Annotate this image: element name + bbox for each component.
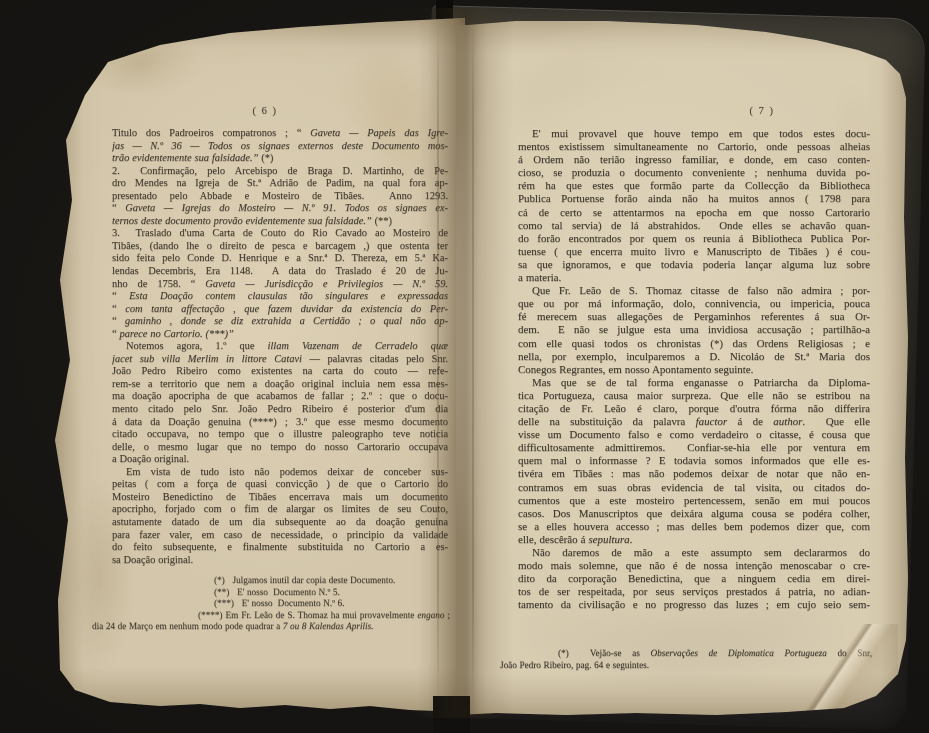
text-line: sido feita pelo Conde D. Henrique e a Sn… bbox=[112, 253, 448, 266]
text-line: jacet sub villa Merlim in littore Catavi… bbox=[112, 354, 448, 367]
roman-text: mentos existissem simultaneamente no Car… bbox=[518, 141, 870, 153]
roman-text: tuense ( que encerra muito livro e Manus… bbox=[518, 246, 870, 258]
roman-text: Conegos Regrantes, em nosso Apontamento … bbox=[518, 364, 753, 376]
text-line: com elle quasi todos os chronistas (*) d… bbox=[518, 338, 870, 351]
text-line: dia 24 de Março em nenhum modo pode quad… bbox=[92, 621, 450, 633]
text-line: E' mui provavel que houve tempo em que t… bbox=[518, 128, 870, 141]
text-line: mento citado pelo Snr. João Pedro Ribeir… bbox=[112, 404, 448, 417]
text-line: casos. Dos Manuscriptos que deixára algu… bbox=[518, 508, 870, 521]
text-line: cá de certo se attentarmos na epocha em … bbox=[518, 207, 870, 220]
roman-text: Notemos agora, 1.º que bbox=[126, 341, 268, 352]
text-line: “ gaminho , donde se diz extrahida a Cer… bbox=[112, 316, 448, 329]
text-line: a materia. bbox=[518, 272, 870, 285]
roman-text: sa que ignoramos, e que todavia poderia … bbox=[518, 259, 870, 271]
text-line: rem-se a territorio que nem a doação ori… bbox=[112, 379, 448, 392]
roman-text: delle, o mesmo lugar que no tempo do nos… bbox=[112, 442, 448, 453]
text-line: para fazer valer, em caso de necessidade… bbox=[112, 530, 448, 543]
text-line: “ parece no Cartorio. (***)” bbox=[112, 329, 448, 342]
roman-text: rém ha que estes que formão parte da Col… bbox=[518, 180, 870, 192]
roman-text: Mas que se de tal forma enganasse o Patr… bbox=[532, 377, 870, 389]
italic-text: Esta Doação contem clausulas tão singula… bbox=[129, 291, 448, 302]
text-line: como tal servia) de lá abstrahidos. Onde… bbox=[518, 220, 870, 233]
roman-text: “ bbox=[112, 329, 120, 340]
text-line: a Doação original. bbox=[112, 454, 448, 467]
text-line: jas — N.º 36 — Todos os signaes externos… bbox=[112, 141, 448, 154]
text-line: (****) Em Fr. Leão de S. Thomaz ha mui p… bbox=[92, 610, 450, 622]
roman-text: do forão encontrados por quem os reunia … bbox=[518, 233, 870, 245]
roman-text: dem. E não se julgue esta uma invidiosa … bbox=[518, 324, 870, 336]
roman-text: do feito subsequente, e finalmente subst… bbox=[112, 542, 448, 553]
roman-text: tivéra em Tibães : mas não podemos deixa… bbox=[518, 468, 870, 480]
text-line: (*) Julgamos inutil dar copia deste Docu… bbox=[92, 575, 450, 587]
roman-text: difficultosamente admittiremos. Confiar-… bbox=[518, 442, 870, 454]
text-line: que ou por má informação, dolo, conniven… bbox=[518, 298, 870, 311]
italic-text: Gaveta — Igrejas do Mosteiro — N.º 91. T… bbox=[125, 203, 448, 214]
text-line: rém ha que estes que formão parte da Col… bbox=[518, 180, 870, 193]
roman-text: tos de ser respeitada, por seus serviços… bbox=[518, 586, 870, 598]
roman-text: (*) bbox=[261, 153, 273, 164]
text-line: 3. Traslado d'uma Carta de Couto do Rio … bbox=[112, 228, 448, 241]
text-line: Que Fr. Leão de S. Thomaz citasse de fal… bbox=[518, 285, 870, 298]
roman-text: Em vista de tudo isto não podemos deixar… bbox=[126, 467, 448, 478]
roman-text: E' mui provavel que houve tempo em que t… bbox=[532, 128, 870, 140]
text-line: (***) E' nosso Documento N.º 6. bbox=[92, 598, 450, 610]
roman-text: astutamente datado de um dia subsequente… bbox=[112, 517, 448, 528]
text-line: tamento da civilisação e no progresso da… bbox=[518, 599, 870, 612]
roman-text: citado occupava, no tempo que o illustre… bbox=[112, 429, 448, 440]
roman-text: rem-se a territorio que nem a doação ori… bbox=[112, 379, 448, 390]
roman-text: ma doação apocripha de que acabamos de f… bbox=[112, 391, 448, 402]
text-line: difficultosamente admittiremos. Confiar-… bbox=[518, 442, 870, 455]
roman-text: João Pedro Ribeiro, pag. 64 e seguintes. bbox=[500, 660, 649, 670]
text-line: Em vista de tudo isto não podemos deixar… bbox=[112, 467, 448, 480]
text-line: cumentos que a este mosteiro pertencesse… bbox=[518, 495, 870, 508]
italic-text: author bbox=[773, 416, 802, 428]
roman-text: . Que elle bbox=[802, 416, 870, 428]
text-line: cioso, se produzia o documento convenien… bbox=[518, 167, 870, 180]
text-line: á data da Doação genuina (****) ; 3.º qu… bbox=[112, 417, 448, 430]
text-line: “ com tanta affectação , que fazem duvid… bbox=[112, 304, 448, 317]
text-line: delle, o mesmo lugar que no tempo do nos… bbox=[112, 442, 448, 455]
roman-text: como tal servia) de lá abstrahidos. Onde… bbox=[518, 220, 870, 232]
roman-text: (*) Vejão-se as bbox=[558, 648, 650, 658]
italic-text: com tanta affectação , que fazem duvidar… bbox=[125, 304, 448, 315]
roman-text: nho de 1758. “ bbox=[112, 279, 205, 290]
text-line: trão evidentemente sua falsidade.” (*) bbox=[112, 153, 448, 166]
roman-text: sido feita pelo Conde D. Henrique e a Sn… bbox=[112, 253, 448, 264]
text-line: João Pedro Ribeiro como existentes na ca… bbox=[112, 366, 448, 379]
text-line: peitas ( com a força de quasi convicção … bbox=[112, 479, 448, 492]
text-line: tuense ( que encerra muito livro e Manus… bbox=[518, 246, 870, 259]
text-line: sa Doação original. bbox=[112, 555, 448, 568]
roman-text: nella, por exemplo, inculparemos a D. Ni… bbox=[518, 351, 870, 363]
roman-text: dro Mendes na Igreja de St.ª Adrião de P… bbox=[112, 178, 448, 189]
roman-text: . bbox=[630, 534, 633, 546]
text-line: Mas que se de tal forma enganasse o Patr… bbox=[518, 377, 870, 390]
text-line: contramos em suas obras evidencia de tal… bbox=[518, 482, 870, 495]
text-line: nho de 1758. “ Gaveta — Jurisdicção e Pr… bbox=[112, 279, 448, 292]
roman-text: visse um Documento falso e como verdadei… bbox=[518, 429, 870, 441]
text-line: “ Esta Doação contem clausulas tão singu… bbox=[112, 291, 448, 304]
roman-text: se a elles houvera accesso ; mas delles … bbox=[518, 521, 870, 533]
italic-text: jacet sub villa Merlim in littore Catavi bbox=[112, 354, 310, 365]
text-line: (**) E' nosso Documento N.º 5. bbox=[92, 587, 450, 599]
roman-text: cumentos que a este mosteiro pertencesse… bbox=[518, 495, 870, 507]
text-line: Titulo dos Padroeiros compatronos ; “ Ga… bbox=[112, 128, 448, 141]
text-line: Tibães, (dando lhe o direito de pesca e … bbox=[112, 241, 448, 254]
roman-text: citação de Fr. Leão é claro, porque d'ou… bbox=[518, 403, 870, 415]
text-line: do feito subsequente, e finalmente subst… bbox=[112, 542, 448, 555]
roman-text: lendas Decembris, Era 1148. A data do Tr… bbox=[112, 266, 448, 277]
roman-text: 3. Traslado d'uma Carta de Couto do Rio … bbox=[112, 228, 448, 239]
text-line: dito da corporação Benedictina, que a ni… bbox=[518, 573, 870, 586]
roman-text: fé merecem suas allegações de Pergaminho… bbox=[518, 311, 870, 323]
roman-text: quem mal o informasse ? E todavia somos … bbox=[518, 455, 870, 467]
italic-text: Gaveta — Jurisdicção e Privilegios — N.º… bbox=[205, 279, 448, 290]
roman-text: contramos em suas obras evidencia de tal… bbox=[518, 482, 870, 494]
roman-text: cá de certo se attentarmos na epocha em … bbox=[518, 207, 870, 219]
italic-text: ternos deste documento provão evidenteme… bbox=[112, 216, 375, 227]
text-line: modo mais solemne, que não é de nossa in… bbox=[518, 560, 870, 573]
roman-text: (**) bbox=[375, 216, 392, 227]
roman-text: (****) Em Fr. Leão de S. Thomaz ha mui p… bbox=[198, 610, 417, 620]
page-number-right: ( 7 ) bbox=[727, 106, 797, 117]
italic-text: engano bbox=[417, 610, 444, 620]
text-line: quem mal o informasse ? E todavia somos … bbox=[518, 455, 870, 468]
text-line: elle, descêrão á sepultura. bbox=[518, 534, 870, 547]
italic-text: jas — N.º 36 — Todos os signaes externos… bbox=[112, 141, 448, 152]
roman-text: “ bbox=[112, 203, 125, 214]
text-line: do forão encontrados por quem os reunia … bbox=[518, 233, 870, 246]
text-line: á Ordem não terião ingresso familiar, e … bbox=[518, 154, 870, 167]
text-line: apocripho, forjado com o fim de alargar … bbox=[112, 504, 448, 517]
right-page-gutter-crease bbox=[472, 18, 474, 716]
roman-text: a materia. bbox=[518, 272, 561, 284]
right-page-text-column: E' mui provavel que houve tempo em que t… bbox=[518, 128, 870, 612]
roman-text: “ bbox=[112, 291, 129, 302]
text-line: se a elles houvera accesso ; mas delles … bbox=[518, 521, 870, 534]
roman-text: á Ordem não terião ingresso familiar, e … bbox=[518, 154, 870, 166]
italic-text: trão evidentemente sua falsidade.” bbox=[112, 153, 261, 164]
roman-text: Que Fr. Leão de S. Thomaz citasse de fal… bbox=[532, 285, 870, 297]
text-line: tica Portugueza, causa maior surpreza. Q… bbox=[518, 390, 870, 403]
text-line: mentos existissem simultaneamente no Car… bbox=[518, 141, 870, 154]
text-line: presentado pelo Abbade e Mosteiro de Tib… bbox=[112, 191, 448, 204]
roman-text: Tibães, (dando lhe o direito de pesca e … bbox=[112, 241, 448, 252]
text-line: ma doação apocripha de que acabamos de f… bbox=[112, 391, 448, 404]
roman-text: apocripho, forjado com o fim de alargar … bbox=[112, 504, 448, 515]
text-line: dro Mendes na Igreja de St.ª Adrião de P… bbox=[112, 178, 448, 191]
text-line: Notemos agora, 1.º que illam Vazenam de … bbox=[112, 341, 448, 354]
roman-text: — palavras citadas pelo Snr. bbox=[310, 354, 449, 365]
roman-text: tica Portugueza, causa maior surpreza. Q… bbox=[518, 390, 870, 402]
roman-text: delle na substituição da palavra bbox=[518, 416, 696, 428]
text-line: fé merecem suas allegações de Pergaminho… bbox=[518, 311, 870, 324]
text-line: visse um Documento falso e como verdadei… bbox=[518, 429, 870, 442]
roman-text: tamento da civilisação e no progresso da… bbox=[518, 599, 870, 611]
roman-text: á de bbox=[727, 416, 773, 428]
text-line: citado occupava, no tempo que o illustre… bbox=[112, 429, 448, 442]
text-line: Publica Portuense forão ainda não ha mui… bbox=[518, 193, 870, 206]
roman-text: (***) E' nosso Documento N.º 6. bbox=[214, 598, 344, 608]
italic-text: gaminho , donde se diz extrahida a Certi… bbox=[125, 316, 448, 327]
italic-text: fauctor bbox=[696, 416, 727, 428]
text-line: delle na substituição da palavra fauctor… bbox=[518, 416, 870, 429]
left-page-text-column: Titulo dos Padroeiros compatronos ; “ Ga… bbox=[112, 128, 448, 567]
roman-text: peitas ( com a força de quasi convicção … bbox=[112, 479, 448, 490]
right-page: ( 7 ) E' mui provavel que houve tempo em… bbox=[456, 18, 908, 716]
text-line: “ Gaveta — Igrejas do Mosteiro — N.º 91.… bbox=[112, 203, 448, 216]
roman-text: 2. Confirmação, pelo Arcebispo de Braga … bbox=[112, 166, 448, 177]
book-photo: ( 6 ) Titulo dos Padroeiros compatronos … bbox=[0, 0, 929, 733]
roman-text: á data da Doação genuina (****) ; 3.º qu… bbox=[112, 417, 448, 428]
text-line: tivéra em Tibães : mas não podemos deixa… bbox=[518, 468, 870, 481]
roman-text: (**) E' nosso Documento N.º 5. bbox=[214, 587, 340, 597]
text-line: dem. E não se julgue esta uma invidiosa … bbox=[518, 324, 870, 337]
roman-text: (*) Julgamos inutil dar copia deste Docu… bbox=[214, 575, 395, 585]
text-line: nella, por exemplo, inculparemos a D. Ni… bbox=[518, 351, 870, 364]
text-line: lendas Decembris, Era 1148. A data do Tr… bbox=[112, 266, 448, 279]
left-page-footnotes: (*) Julgamos inutil dar copia deste Docu… bbox=[92, 575, 450, 633]
roman-text: Titulo dos Padroeiros compatronos ; “ bbox=[112, 128, 310, 139]
roman-text: Não daremos de mão a este assumpto sem d… bbox=[532, 547, 870, 559]
text-line: Mosteiro Benedictino de Tibães encerrava… bbox=[112, 492, 448, 505]
italic-text: parece no Cartorio. (***)” bbox=[120, 329, 234, 340]
italic-text: Gaveta — Papeis das Igre- bbox=[310, 128, 448, 139]
roman-text: casos. Dos Manuscriptos que deixára algu… bbox=[518, 508, 870, 520]
roman-text: dia 24 de Março em nenhum modo pode quad… bbox=[92, 621, 283, 631]
roman-text: cioso, se produzia o documento convenien… bbox=[518, 167, 870, 179]
roman-text: mento citado pelo Snr. João Pedro Ribeir… bbox=[112, 404, 448, 415]
text-line: Não daremos de mão a este assumpto sem d… bbox=[518, 547, 870, 560]
italic-text: 7 ou 8 Kalendas Aprilis. bbox=[283, 621, 374, 631]
roman-text: com elle quasi todos os chronistas (*) d… bbox=[518, 338, 870, 350]
text-line: 2. Confirmação, pelo Arcebispo de Braga … bbox=[112, 166, 448, 179]
italic-text: sepultura bbox=[588, 534, 629, 546]
roman-text: a Doação original. bbox=[112, 454, 189, 465]
italic-text: illam Vazenam de Cerradelo quæ bbox=[268, 341, 448, 352]
roman-text: Publica Portuense forão ainda não ha mui… bbox=[518, 193, 870, 205]
text-line: sa que ignoramos, e que todavia poderia … bbox=[518, 259, 870, 272]
roman-text: elle, descêrão á bbox=[518, 534, 588, 546]
text-line: tos de ser respeitada, por seus serviços… bbox=[518, 586, 870, 599]
left-page: ( 6 ) Titulo dos Padroeiros compatronos … bbox=[50, 14, 465, 716]
roman-text: modo mais solemne, que não é de nossa in… bbox=[518, 560, 870, 572]
roman-text: presentado pelo Abbade e Mosteiro de Tib… bbox=[112, 191, 448, 202]
roman-text: Mosteiro Benedictino de Tibães encerrava… bbox=[112, 492, 448, 503]
roman-text: que ou por má informação, dolo, conniven… bbox=[518, 298, 870, 310]
roman-text: sa Doação original. bbox=[112, 555, 193, 566]
page-number-left: ( 6 ) bbox=[230, 106, 300, 117]
text-line: ternos deste documento provão evidenteme… bbox=[112, 216, 448, 229]
roman-text: “ bbox=[112, 316, 125, 327]
text-line: Conegos Regrantes, em nosso Apontamento … bbox=[518, 364, 870, 377]
roman-text: para fazer valer, em caso de necessidade… bbox=[112, 530, 448, 541]
roman-text: dito da corporação Benedictina, que a ni… bbox=[518, 573, 870, 585]
text-line: citação de Fr. Leão é claro, porque d'ou… bbox=[518, 403, 870, 416]
text-line: astutamente datado de um dia subsequente… bbox=[112, 517, 448, 530]
roman-text: João Pedro Ribeiro como existentes na ca… bbox=[112, 366, 448, 377]
roman-text: “ bbox=[112, 304, 125, 315]
spine-gap-bottom bbox=[433, 696, 470, 733]
